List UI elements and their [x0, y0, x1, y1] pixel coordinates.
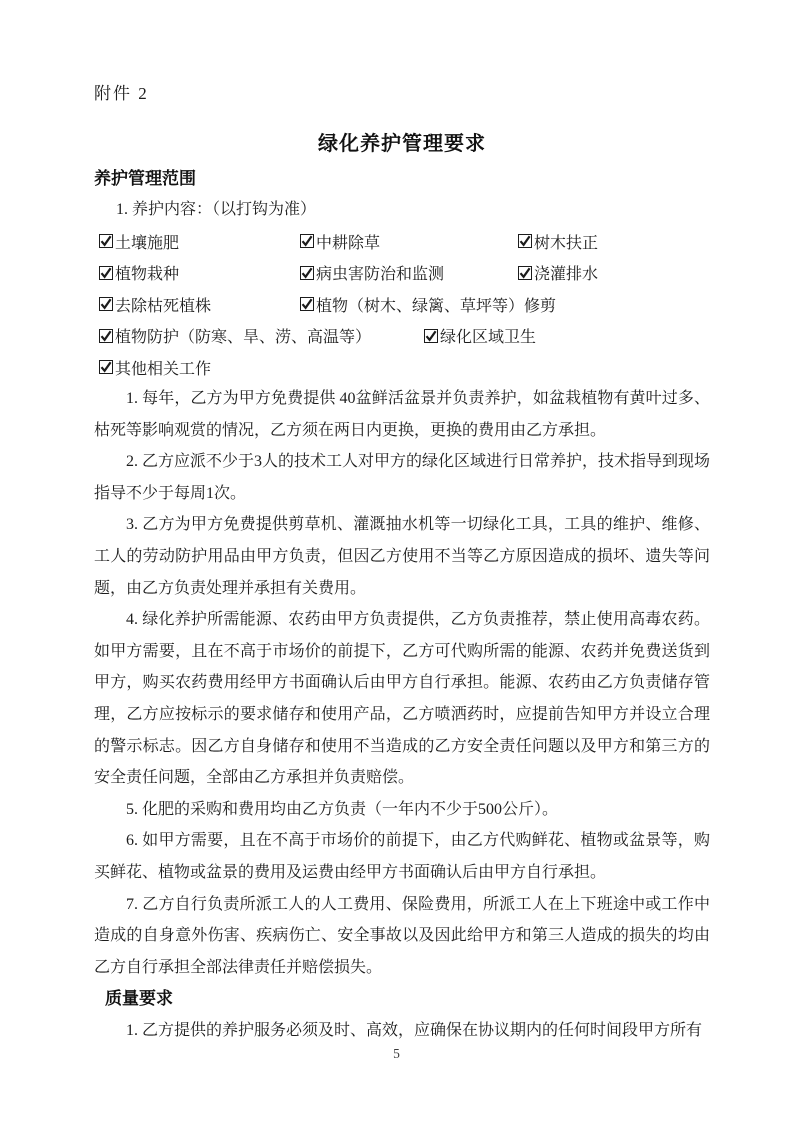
- document-page: 附件 2 绿化养护管理要求 养护管理范围 1. 养护内容：（以打钩为准） 土壤施…: [0, 0, 793, 1122]
- checkbox-label: 植物栽种: [115, 261, 179, 284]
- checkbox-item-planting: 植物栽种: [99, 257, 179, 289]
- maintenance-paragraph-2: 2. 乙方应派不少于3人的技术工人对甲方的绿化区域进行日常养护，技术指导到现场指…: [94, 446, 710, 509]
- maintenance-paragraph-5: 5. 化肥的采购和费用均由乙方负责（一年内不少于500公斤）。: [94, 794, 710, 826]
- checkbox-label: 植物防护（防寒、旱、涝、高温等）: [115, 324, 371, 347]
- checkbox-item-irrigation-drainage: 浇灌排水: [518, 257, 598, 289]
- checkbox-label: 其他相关工作: [115, 356, 211, 379]
- checkbox-row-4: 植物防护（防寒、旱、涝、高温等） 绿化区域卫生: [94, 320, 710, 352]
- maintenance-paragraph-6: 6. 如甲方需要，且在不高于市场价的前提下，由乙方代购鲜花、植物或盆景等，购买鲜…: [94, 825, 710, 888]
- checkbox-label: 中耕除草: [316, 230, 380, 253]
- checkbox-item-area-sanitation: 绿化区域卫生: [424, 320, 536, 352]
- checkbox-row-3: 去除枯死植株 植物（树木、绿篱、草坪等）修剪: [94, 289, 710, 321]
- checkbox-row-2: 植物栽种 病虫害防治和监测 浇灌排水: [94, 257, 710, 289]
- maintenance-paragraph-3: 3. 乙方为甲方免费提供剪草机、灌溉抽水机等一切绿化工具，工具的维护、维修、工人…: [94, 509, 710, 604]
- checkbox-checked-icon: [99, 329, 113, 343]
- checkbox-label: 浇灌排水: [534, 261, 598, 284]
- checkbox-row-1: 土壤施肥 中耕除草 树木扶正: [94, 226, 710, 258]
- checkbox-label: 植物（树木、绿篱、草坪等）修剪: [316, 293, 556, 316]
- maintenance-paragraph-1: 1. 每年，乙方为甲方免费提供 40盆鲜活盆景并负责养护，如盆栽植物有黄叶过多、…: [94, 383, 710, 446]
- maintenance-paragraph-4: 4. 绿化养护所需能源、农药由甲方负责提供，乙方负责推荐，禁止使用高毒农药。如甲…: [94, 604, 710, 794]
- section-heading-quality: 质量要求: [94, 983, 710, 1015]
- checkbox-checked-icon: [424, 329, 438, 343]
- checkbox-checked-icon: [300, 234, 314, 248]
- checkbox-item-other-work: 其他相关工作: [99, 352, 211, 384]
- checkbox-item-weeding: 中耕除草: [300, 226, 380, 258]
- checkbox-item-soil-fertilization: 土壤施肥: [99, 226, 179, 258]
- maintenance-paragraph-7: 7. 乙方自行负责所派工人的人工费用、保险费用，所派工人在上下班途中或工作中造成…: [94, 889, 710, 984]
- checkbox-label: 去除枯死植株: [115, 293, 211, 316]
- page-title: 绿化养护管理要求: [94, 131, 710, 158]
- checkbox-item-tree-straightening: 树木扶正: [518, 226, 598, 258]
- checkbox-item-remove-dead-plants: 去除枯死植株: [99, 289, 211, 321]
- attachment-label: 附件 2: [94, 84, 710, 104]
- checkbox-checked-icon: [518, 234, 532, 248]
- checkbox-checked-icon: [99, 297, 113, 311]
- checkbox-checked-icon: [300, 297, 314, 311]
- checkbox-checked-icon: [99, 234, 113, 248]
- checkbox-row-5: 其他相关工作: [94, 352, 710, 384]
- checkbox-item-pest-control: 病虫害防治和监测: [300, 257, 444, 289]
- checkbox-item-pruning: 植物（树木、绿篱、草坪等）修剪: [300, 289, 556, 321]
- maintenance-content-intro: 1. 养护内容：（以打钩为准）: [94, 194, 710, 226]
- checkbox-label: 病虫害防治和监测: [316, 261, 444, 284]
- page-number: 5: [0, 1046, 793, 1062]
- checkbox-checked-icon: [99, 266, 113, 280]
- checkbox-checked-icon: [99, 360, 113, 374]
- checkbox-checked-icon: [518, 266, 532, 280]
- quality-paragraph-1: 1. 乙方提供的养护服务必须及时、高效，应确保在协议期内的任何时间段甲方所有: [94, 1015, 710, 1047]
- checkbox-item-plant-protection: 植物防护（防寒、旱、涝、高温等）: [99, 320, 371, 352]
- checkbox-label: 树木扶正: [534, 230, 598, 253]
- checkbox-label: 土壤施肥: [115, 230, 179, 253]
- checkbox-label: 绿化区域卫生: [440, 324, 536, 347]
- section-heading-scope: 养护管理范围: [94, 164, 710, 194]
- checkbox-checked-icon: [300, 266, 314, 280]
